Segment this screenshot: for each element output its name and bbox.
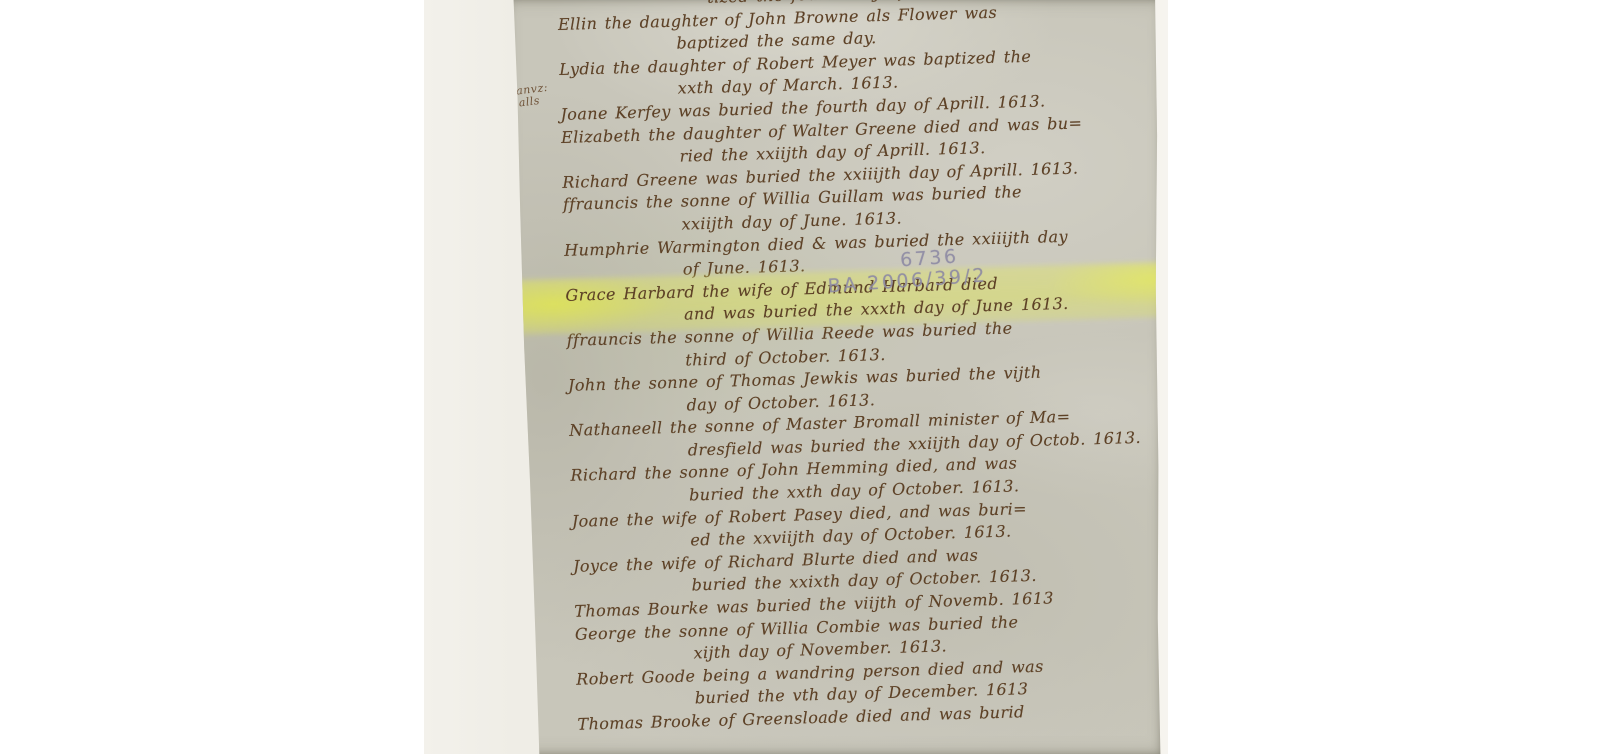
- manuscript-page: Janvz: alls tized the fourth day of Marc…: [505, 0, 1165, 754]
- entry-line: xxiijth day of June. 1613.: [681, 208, 902, 233]
- entry-line: day of October. 1613.: [686, 390, 875, 414]
- entry-line: xxth day of March. 1613.: [678, 73, 899, 98]
- entry-line: baptized the same day.: [676, 28, 877, 53]
- photograph-background: Janvz: alls tized the fourth day of Marc…: [0, 0, 1600, 754]
- register-entries: tized the fourth day of March 1613Ellin …: [557, 0, 1172, 736]
- entry-line: third of October. 1613.: [685, 344, 886, 369]
- margin-note-line: alls: [518, 94, 550, 110]
